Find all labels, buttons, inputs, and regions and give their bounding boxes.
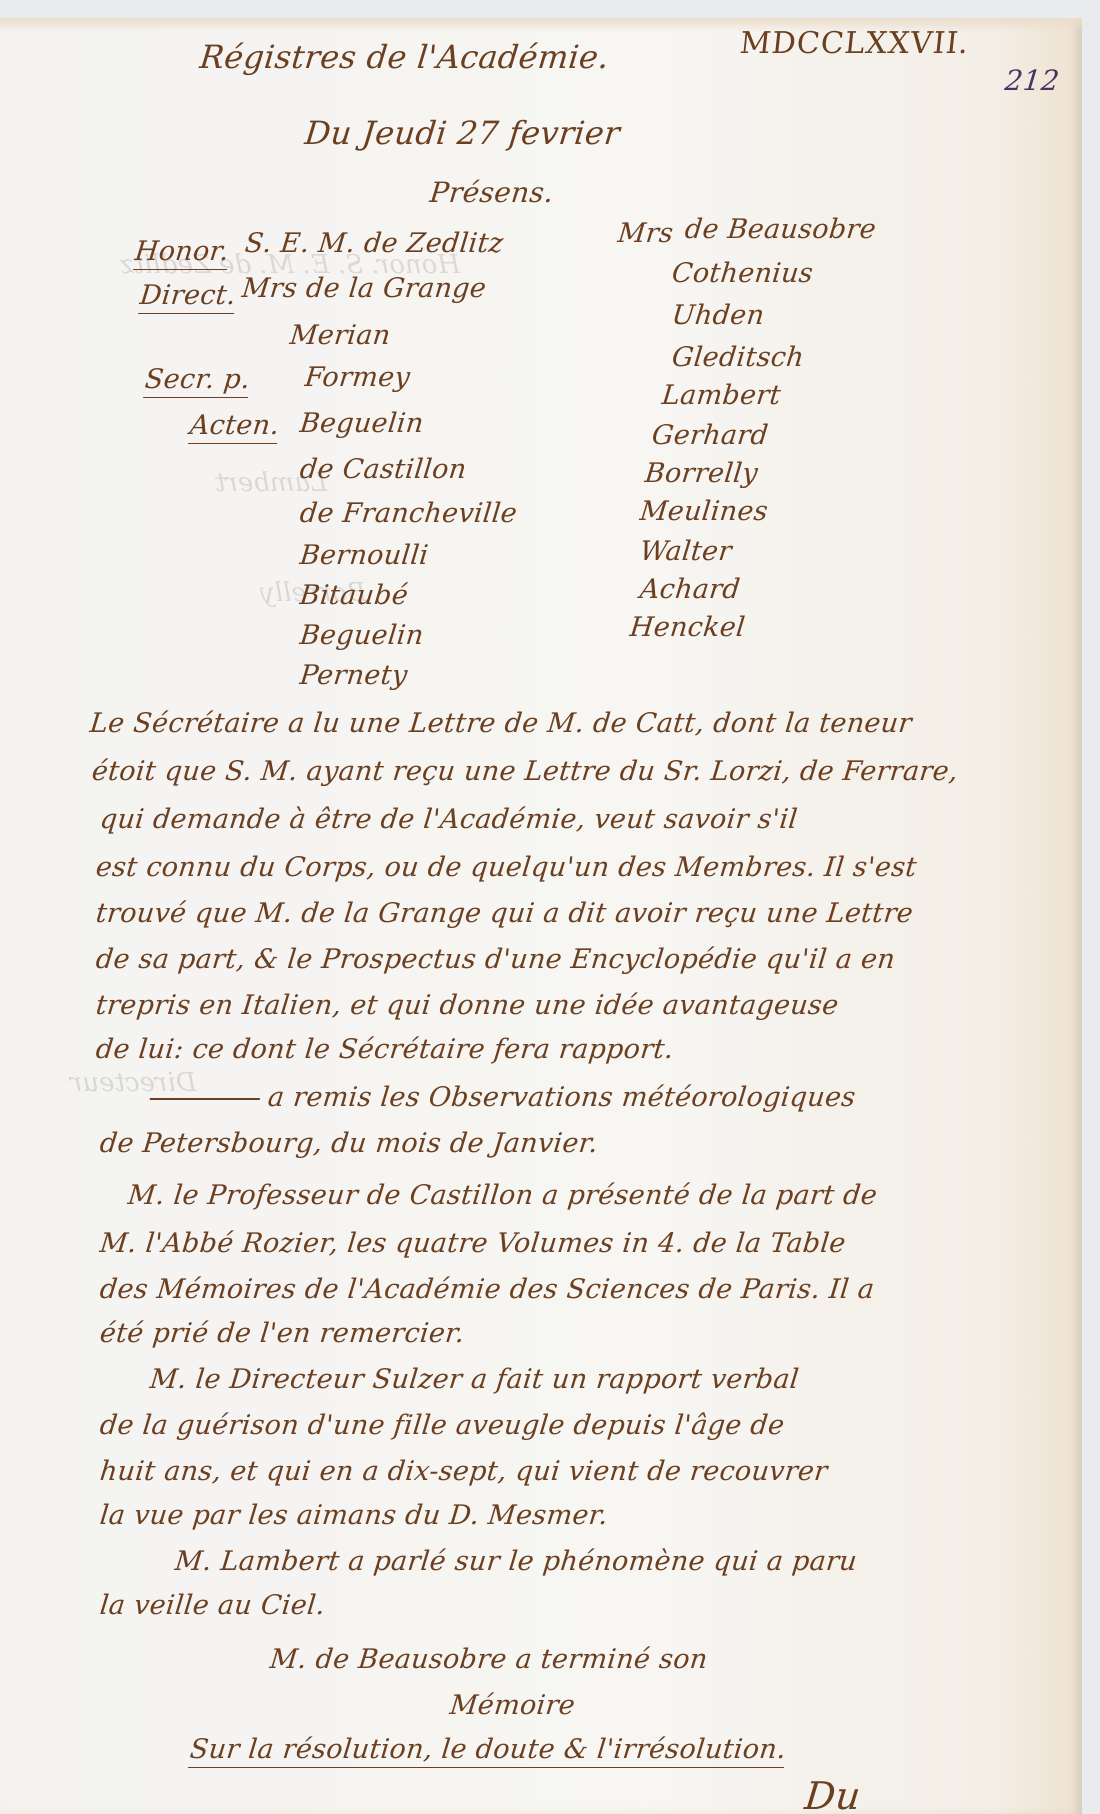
register-year: MDCCLXXVII.: [738, 26, 971, 61]
attendee-name: Henckel: [628, 612, 746, 643]
body-line: trouvé que M. de la Grange qui a dit avo…: [94, 898, 914, 929]
body-line: étoit que S. M. ayant reçu une Lettre du…: [90, 756, 959, 787]
manuscript-page: Honor. S. E. M. de Zedlitz Lambert Borre…: [0, 18, 1082, 1814]
elided-name-dash: [150, 1098, 260, 1100]
attendee-role: Acten.: [188, 410, 280, 441]
attendee-role: Honor.: [133, 236, 230, 267]
register-title: Régistres de l'Académie.: [198, 38, 611, 76]
body-line: de la guérison d'une fille aveugle depui…: [98, 1410, 786, 1441]
body-line: des Mémoires de l'Académie des Sciences …: [98, 1274, 876, 1305]
attendee-name: Pernety: [298, 660, 409, 691]
attendee-name: Bernoulli: [298, 540, 430, 571]
memoir-label: Mémoire: [448, 1690, 576, 1721]
attendee-name: Borrelly: [643, 458, 759, 489]
body-line: M. le Professeur de Castillon a présenté…: [126, 1180, 878, 1211]
attendee-name: Beguelin: [298, 408, 425, 439]
attendee-name: Mrs de la Grange: [240, 273, 487, 304]
body-line: trepris en Italien, et qui donne une idé…: [94, 990, 840, 1021]
body-line: M. l'Abbé Rozier, les quatre Volumes in …: [98, 1228, 847, 1259]
body-line: été prié de l'en remercier.: [98, 1318, 466, 1349]
attendee-name: Achard: [638, 574, 741, 605]
body-line: est connu du Corps, ou de quelqu'un des …: [94, 852, 918, 883]
body-line: de sa part, & le Prospectus d'une Encycl…: [94, 944, 896, 975]
body-line: la vue par les aimans du D. Mesmer.: [98, 1500, 609, 1531]
present-label: Présens.: [428, 176, 555, 209]
folio-number: 212: [1003, 64, 1061, 97]
attendee-role: Secr. p.: [143, 364, 251, 395]
attendee-name: Walter: [638, 536, 733, 567]
body-line: de lui: ce dont le Sécrétaire fera rappo…: [94, 1034, 675, 1065]
attendee-name: Meulines: [638, 496, 769, 527]
attendee-prefix: Mrs: [616, 218, 675, 249]
body-line: de Petersbourg, du mois de Janvier.: [98, 1128, 599, 1159]
attendee-name: de Francheville: [298, 498, 518, 529]
attendee-name: Uhden: [670, 300, 766, 331]
body-line: M. le Directeur Sulzer a fait un rapport…: [148, 1364, 800, 1395]
body-line: Le Sécrétaire a lu une Lettre de M. de C…: [88, 708, 913, 739]
session-date: Du Jeudi 27 fevrier: [303, 114, 622, 152]
attendee-name: Merian: [288, 320, 392, 351]
body-line: a remis les Observations météorologiques: [148, 1082, 857, 1113]
attendee-name: Gleditsch: [670, 342, 805, 373]
memoir-title: Sur la résolution, le doute & l'irrésolu…: [188, 1734, 787, 1765]
attendee-name: Gerhard: [650, 420, 769, 451]
attendee-name: Formey: [303, 362, 411, 393]
attendee-name: Beguelin: [298, 620, 425, 651]
attendee-name: Cothenius: [670, 258, 814, 289]
body-line: huit ans, et qui en a dix-sept, qui vien…: [98, 1456, 829, 1487]
attendee-role: Direct.: [138, 280, 237, 311]
attendee-name: Bitaubé: [298, 580, 409, 611]
attendee-name: de Beausobre: [683, 214, 877, 245]
attendee-name: S. E. M. de Zedlitz: [243, 228, 505, 259]
body-line: M. Lambert a parlé sur le phénomène qui …: [173, 1546, 858, 1577]
signature-initials: Du: [803, 1774, 863, 1814]
body-line: qui demande à être de l'Académie, veut s…: [98, 804, 799, 835]
attendee-name: Lambert: [660, 380, 782, 411]
attendee-name: de Castillon: [298, 454, 468, 485]
body-line: M. de Beausobre a terminé son: [268, 1644, 709, 1675]
body-line: la veille au Ciel.: [98, 1590, 326, 1621]
